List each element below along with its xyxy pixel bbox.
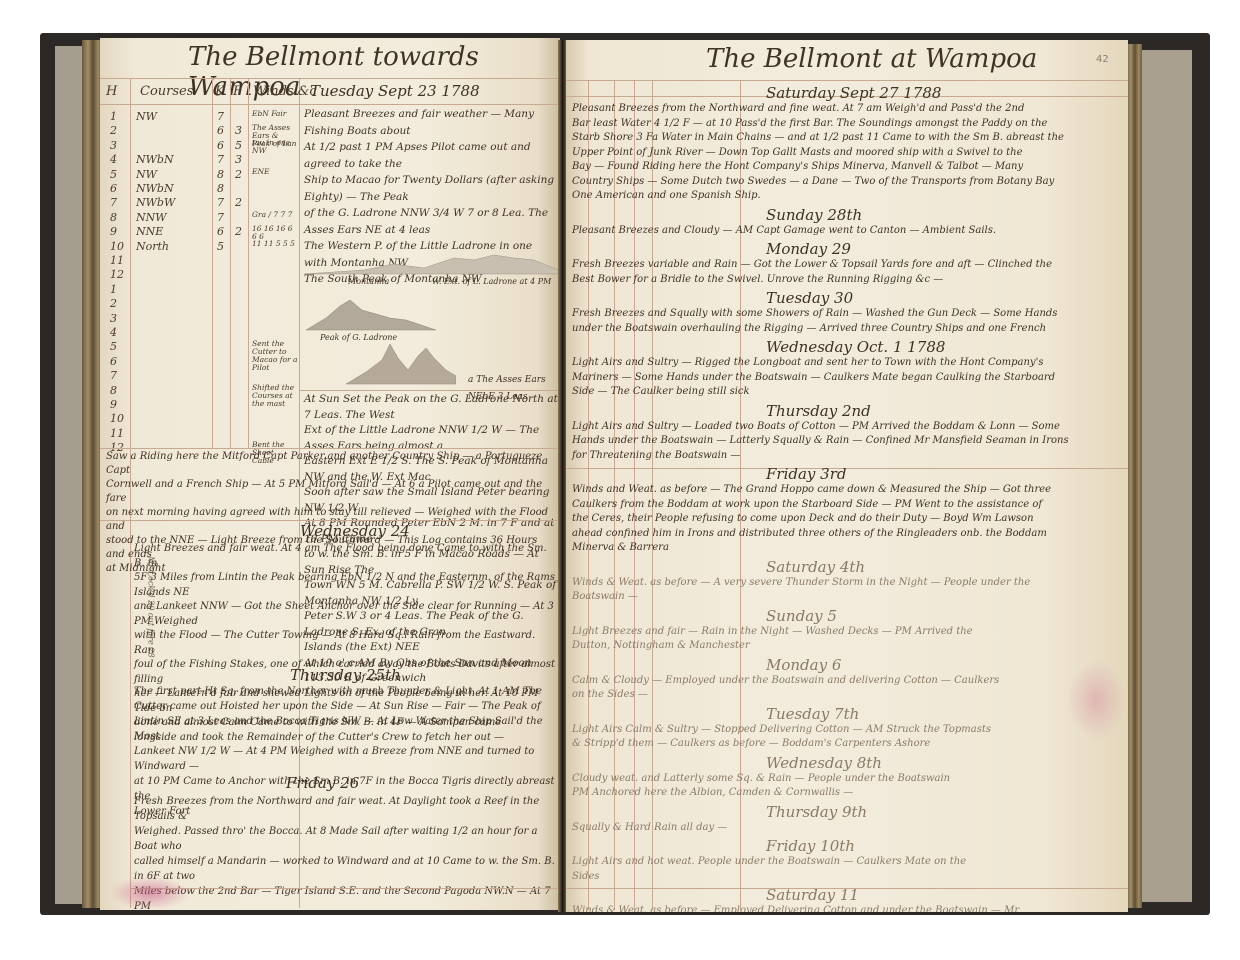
entry-text: Calm & Cloudy — Employed under the Boats… (572, 674, 1120, 703)
log-hour: 4 (110, 153, 117, 166)
entry-heading: Thursday 2nd (766, 402, 871, 420)
log-hour: 1 (110, 283, 117, 296)
log-hour: 8 (110, 384, 117, 397)
log-knots: 8 (217, 168, 224, 181)
entry-heading-wednesday: Wednesday 24 (300, 522, 410, 540)
log-winds-remarks: 11 11 5 5 5 (252, 240, 298, 248)
entry-heading: Saturday Sept 27 1788 (766, 84, 941, 102)
log-hour: 3 (110, 139, 117, 152)
log-hour: 6 (110, 355, 117, 368)
log-winds-remarks: tau in one NW (252, 139, 298, 155)
log-winds-remarks: Shifted the Courses at the mast (252, 384, 298, 408)
entry-text: Winds and Weat. as before — The Grand Ho… (572, 483, 1120, 556)
log-hour: 11 (110, 427, 124, 440)
col-header-winds: Winds &c (253, 84, 317, 99)
entry-text: Squally & Hard Rain all day — (572, 821, 1120, 836)
log-hour: 7 (110, 196, 117, 209)
entry-heading: Monday 6 (766, 656, 841, 674)
log-hour: 6 (110, 182, 117, 195)
entry-text: Cloudy weat. and Latterly some Sq. & Rai… (572, 772, 1120, 801)
entry-heading: Monday 29 (766, 240, 851, 258)
col-header-hours: H (106, 84, 117, 99)
ink-stamp-mark (110, 876, 190, 910)
log-knots: 7 (217, 153, 224, 166)
log-knots: 5 (217, 240, 224, 253)
entry-heading: Wednesday 8th (766, 754, 882, 772)
log-fathoms: 3 (235, 124, 242, 137)
entry-heading: Thursday 9th (766, 803, 867, 821)
log-hour: 3 (110, 312, 117, 325)
entry-text: Pleasant Breezes from the Northward and … (572, 102, 1120, 204)
endpaper-left (55, 46, 85, 904)
entry-heading-tuesday: Tuesday Sept 23 1788 (310, 82, 480, 100)
endpaper-right (1140, 50, 1192, 902)
entry-text: Light Airs and Sultry — Loaded two Boats… (572, 420, 1120, 464)
entry-text: Pleasant Breezes and Cloudy — AM Capt Ga… (572, 224, 1120, 239)
log-course: NWbN (136, 153, 174, 166)
sketch-label-little-ladrone: W. Ext. of L. Ladrone at 4 PM (432, 274, 551, 291)
entry-text: Winds & Weat. as before — A very severe … (572, 576, 1120, 605)
log-course: NNE (136, 225, 163, 238)
log-course: NW (136, 110, 157, 123)
log-hour: 9 (110, 225, 117, 238)
log-fathoms: 3 (235, 153, 242, 166)
log-hour: 10 (110, 412, 124, 425)
entry-heading: Sunday 5 (766, 607, 837, 625)
entry-heading: Friday 10th (766, 837, 855, 855)
entry-text: Light Airs and Sultry — Rigged the Longb… (572, 356, 1120, 400)
entry-heading: Wednesday Oct. 1 1788 (766, 338, 945, 356)
coastline-sketch-grand-ladrone (306, 296, 436, 332)
entry-text: Light Airs and hot weat. People under th… (572, 855, 1120, 884)
entry-heading: Saturday 4th (766, 558, 865, 576)
log-fathoms: 2 (235, 196, 242, 209)
col-header-fathoms: F (233, 84, 242, 99)
log-hour: 11 (110, 254, 124, 267)
entry-text: Fresh Breezes variable and Rain — Got th… (572, 258, 1120, 287)
log-knots: 6 (217, 139, 224, 152)
entry-text-friday: Fresh Breezes from the Northward and fai… (134, 794, 558, 910)
log-course: NW (136, 168, 157, 181)
entry-text: Light Breezes and fair — Rain in the Nig… (572, 625, 1120, 654)
entry-text: Light Airs Calm & Sultry — Stopped Deliv… (572, 723, 1120, 752)
log-fathoms: 5 (235, 139, 242, 152)
log-knots: 6 (217, 225, 224, 238)
ink-stain (1066, 660, 1126, 740)
log-hour: 12 (110, 268, 124, 281)
log-hour: 10 (110, 240, 124, 253)
log-winds-remarks: Gra / 7 7 7 (252, 211, 298, 219)
left-page: The Bellmont towards Wampoa H Courses K … (100, 38, 560, 910)
log-hour: 8 (110, 211, 117, 224)
log-winds-remarks: ENE (252, 168, 298, 176)
sketch-label-montanha: Montanha (348, 274, 389, 291)
entry-text: Winds & Weat. as before — Employed Deliv… (572, 904, 1120, 912)
log-hour: 9 (110, 398, 117, 411)
entry-heading: Friday 3rd (766, 465, 846, 483)
page-number: 42 (1096, 54, 1109, 65)
col-header-courses: Courses (140, 84, 193, 99)
log-fathoms: 2 (235, 168, 242, 181)
entry-heading: Saturday 11 (766, 886, 859, 904)
log-winds-remarks: EbN Fair (252, 110, 298, 118)
right-page: The Bellmont at Wampoa 42 Saturday Sept … (566, 40, 1128, 912)
entry-heading-friday: Friday 26 (286, 774, 359, 792)
log-hour: 7 (110, 369, 117, 382)
log-hour: 5 (110, 340, 117, 353)
log-hour: 1 (110, 110, 117, 123)
log-fathoms: 2 (235, 225, 242, 238)
log-hour: 2 (110, 297, 117, 310)
log-knots: 7 (217, 110, 224, 123)
entry-heading: Tuesday 7th (766, 705, 859, 723)
log-knots: 7 (217, 211, 224, 224)
page-block-edge-right (1126, 44, 1142, 908)
entry-text: Fresh Breezes and Squally with some Show… (572, 307, 1120, 336)
page-block-edge-left (82, 40, 102, 908)
log-hour: 4 (110, 326, 117, 339)
entry-heading-thursday: Thursday 25th (290, 666, 401, 684)
log-knots: 6 (217, 124, 224, 137)
log-course: NWbW (136, 196, 175, 209)
right-page-title: The Bellmont at Wampoa (706, 44, 1037, 74)
log-hour: 5 (110, 168, 117, 181)
entry-heading: Tuesday 30 (766, 289, 853, 307)
col-header-knots: K (215, 84, 225, 99)
log-winds-remarks: Sent the Cutter to Macao for a Pilot (252, 340, 298, 372)
log-course: NWbN (136, 182, 174, 195)
entry-heading: Sunday 28th (766, 206, 862, 224)
log-course: NNW (136, 211, 167, 224)
log-knots: 8 (217, 182, 224, 195)
coastline-sketch-asses-ears (346, 336, 456, 386)
log-knots: 7 (217, 196, 224, 209)
log-course: North (136, 240, 169, 253)
log-hour: 2 (110, 124, 117, 137)
